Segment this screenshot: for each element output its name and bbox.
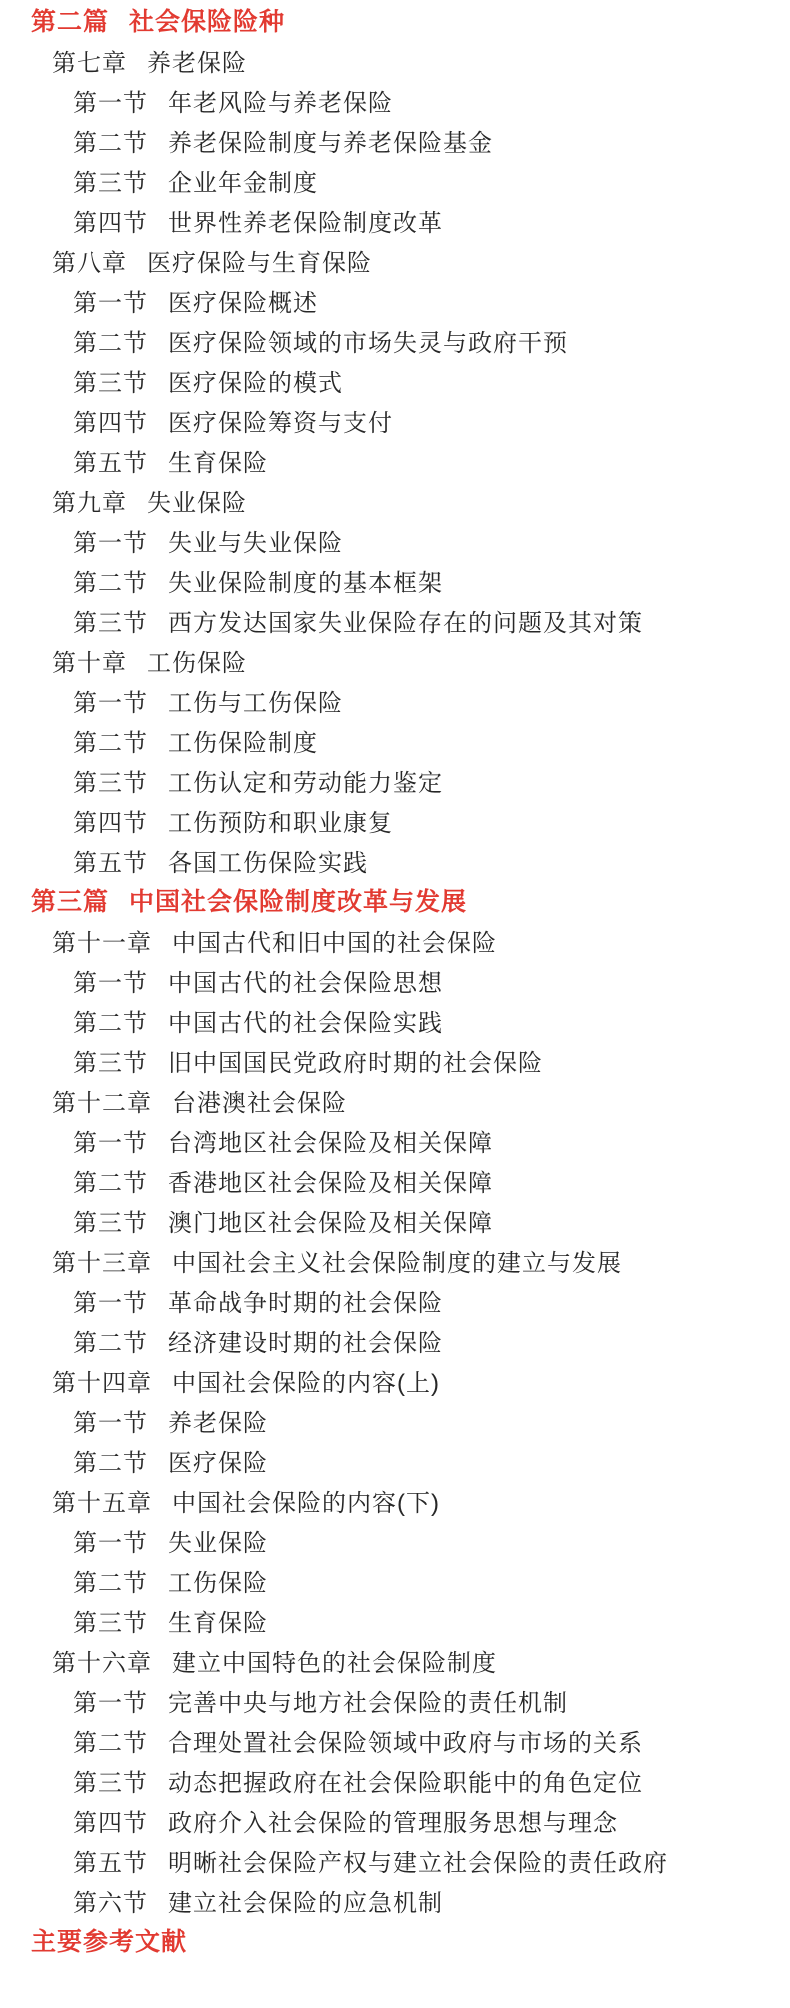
toc-item: 第十章 工伤保险 — [0, 640, 790, 680]
toc-item-title: 医疗保险筹资与支付 — [168, 403, 393, 438]
toc-item-title: 各国工伤保险实践 — [168, 843, 368, 878]
toc-item-title: 中国社会保险制度改革与发展 — [129, 882, 467, 918]
toc-item-label: 第十三章 — [52, 1243, 152, 1278]
toc-item: 第十六章 建立中国特色的社会保险制度 — [0, 1640, 790, 1680]
toc-item-label: 第三节 — [73, 1603, 148, 1638]
toc-item-title: 完善中央与地方社会保险的责任机制 — [168, 1683, 568, 1718]
toc-item-label: 第五节 — [73, 843, 148, 878]
toc-item: 第十一章 中国古代和旧中国的社会保险 — [0, 920, 790, 960]
toc-item-label: 第一节 — [73, 683, 148, 718]
toc-item-label: 第七章 — [52, 43, 127, 78]
toc-item-label: 第二节 — [73, 1563, 148, 1598]
toc-item-title: 工伤与工伤保险 — [168, 683, 343, 718]
toc-item-label: 第五节 — [73, 1843, 148, 1878]
toc-item-title: 世界性养老保险制度改革 — [168, 203, 443, 238]
toc-item: 第二节 养老保险制度与养老保险基金 — [0, 120, 790, 160]
toc-item-title: 医疗保险领域的市场失灵与政府干预 — [168, 323, 568, 358]
toc-item-title: 生育保险 — [168, 1603, 268, 1638]
toc-item-label: 第八章 — [52, 243, 127, 278]
toc-item-label: 第十五章 — [52, 1483, 152, 1518]
toc-item-title: 养老保险 — [168, 1403, 268, 1438]
toc-item-title: 工伤保险 — [168, 1563, 268, 1598]
toc-item-title: 工伤保险制度 — [168, 723, 318, 758]
toc-item: 第五节 生育保险 — [0, 440, 790, 480]
toc-item: 第二节 医疗保险 — [0, 1440, 790, 1480]
toc-item-label: 第四节 — [73, 1803, 148, 1838]
toc-item: 第一节 革命战争时期的社会保险 — [0, 1280, 790, 1320]
toc-item-label: 第一节 — [73, 283, 148, 318]
toc-item: 第十三章 中国社会主义社会保险制度的建立与发展 — [0, 1240, 790, 1280]
toc-item-label: 第二节 — [73, 563, 148, 598]
toc-item: 第四节 工伤预防和职业康复 — [0, 800, 790, 840]
toc-item-label: 第十六章 — [52, 1643, 152, 1678]
toc-item-label: 第二节 — [73, 723, 148, 758]
toc-item: 第二节 香港地区社会保险及相关保障 — [0, 1160, 790, 1200]
toc-item: 第三篇 中国社会保险制度改革与发展 — [0, 880, 790, 920]
toc-item: 第五节 各国工伤保险实践 — [0, 840, 790, 880]
toc-item-title: 医疗保险概述 — [168, 283, 318, 318]
toc-item: 第六节 建立社会保险的应急机制 — [0, 1880, 790, 1920]
toc-item-label: 第二节 — [73, 1323, 148, 1358]
toc-item: 第一节 中国古代的社会保险思想 — [0, 960, 790, 1000]
toc-item-label: 第二篇 — [31, 2, 109, 38]
toc-item-title: 工伤预防和职业康复 — [168, 803, 393, 838]
toc-item-label: 第三节 — [73, 1203, 148, 1238]
toc-item: 第十五章 中国社会保险的内容(下) — [0, 1480, 790, 1520]
toc-item-label: 主要参考文献 — [31, 1922, 187, 1958]
toc-item-label: 第十一章 — [52, 923, 152, 958]
toc-item-title: 革命战争时期的社会保险 — [168, 1283, 443, 1318]
toc-item: 第四节 政府介入社会保险的管理服务思想与理念 — [0, 1800, 790, 1840]
toc-item: 第一节 年老风险与养老保险 — [0, 80, 790, 120]
toc-item-label: 第一节 — [73, 1403, 148, 1438]
toc-item-label: 第一节 — [73, 1123, 148, 1158]
toc-item-title: 澳门地区社会保险及相关保障 — [168, 1203, 493, 1238]
toc-item-title: 中国古代的社会保险思想 — [168, 963, 443, 998]
toc-item-title: 医疗保险 — [168, 1443, 268, 1478]
toc-item-label: 第一节 — [73, 83, 148, 118]
toc-item: 第三节 澳门地区社会保险及相关保障 — [0, 1200, 790, 1240]
toc-item: 第三节 医疗保险的模式 — [0, 360, 790, 400]
toc-item-label: 第四节 — [73, 203, 148, 238]
toc-item-label: 第三节 — [73, 603, 148, 638]
toc-item-title: 建立社会保险的应急机制 — [168, 1883, 443, 1918]
toc-item-title: 香港地区社会保险及相关保障 — [168, 1163, 493, 1198]
toc-item-label: 第六节 — [73, 1883, 148, 1918]
toc-item-label: 第三节 — [73, 163, 148, 198]
toc-item-title: 合理处置社会保险领域中政府与市场的关系 — [168, 1723, 643, 1758]
toc-item-title: 失业保险 — [168, 1523, 268, 1558]
toc-item-label: 第一节 — [73, 1683, 148, 1718]
toc-item-label: 第二节 — [73, 323, 148, 358]
toc-item-title: 工伤认定和劳动能力鉴定 — [168, 763, 443, 798]
toc-item-title: 年老风险与养老保险 — [168, 83, 393, 118]
toc-item: 第二篇 社会保险险种 — [0, 0, 790, 40]
toc-item: 第二节 工伤保险 — [0, 1560, 790, 1600]
toc-item-title: 失业与失业保险 — [168, 523, 343, 558]
toc-item-title: 中国社会主义社会保险制度的建立与发展 — [172, 1243, 622, 1278]
toc-item-label: 第四节 — [73, 803, 148, 838]
toc-item: 第三节 工伤认定和劳动能力鉴定 — [0, 760, 790, 800]
toc-item-title: 动态把握政府在社会保险职能中的角色定位 — [168, 1763, 643, 1798]
toc-item: 第一节 台湾地区社会保险及相关保障 — [0, 1120, 790, 1160]
table-of-contents: 第二篇 社会保险险种 第七章 养老保险 第一节 年老风险与养老保险 第二节 养老… — [0, 0, 790, 2008]
toc-item-label: 第五节 — [73, 443, 148, 478]
toc-item-title: 生育保险 — [168, 443, 268, 478]
toc-item-label: 第一节 — [73, 963, 148, 998]
toc-item-label: 第十二章 — [52, 1083, 152, 1118]
toc-item-title: 养老保险制度与养老保险基金 — [168, 123, 493, 158]
toc-item-label: 第三节 — [73, 1763, 148, 1798]
toc-item: 第二节 工伤保险制度 — [0, 720, 790, 760]
toc-item: 主要参考文献 — [0, 1920, 790, 1960]
toc-item-label: 第十章 — [52, 643, 127, 678]
toc-item-title: 明晰社会保险产权与建立社会保险的责任政府 — [168, 1843, 668, 1878]
toc-item: 第三节 企业年金制度 — [0, 160, 790, 200]
toc-item-title: 医疗保险与生育保险 — [147, 243, 372, 278]
toc-item-title: 失业保险 — [147, 483, 247, 518]
toc-item-title: 台湾地区社会保险及相关保障 — [168, 1123, 493, 1158]
toc-item: 第九章 失业保险 — [0, 480, 790, 520]
toc-item-title: 养老保险 — [147, 43, 247, 78]
toc-item: 第二节 中国古代的社会保险实践 — [0, 1000, 790, 1040]
toc-item-label: 第十四章 — [52, 1363, 152, 1398]
toc-item: 第五节 明晰社会保险产权与建立社会保险的责任政府 — [0, 1840, 790, 1880]
toc-item-label: 第一节 — [73, 523, 148, 558]
toc-item-title: 建立中国特色的社会保险制度 — [172, 1643, 497, 1678]
toc-item-title: 工伤保险 — [147, 643, 247, 678]
toc-item: 第一节 完善中央与地方社会保险的责任机制 — [0, 1680, 790, 1720]
toc-item-title: 失业保险制度的基本框架 — [168, 563, 443, 598]
toc-item: 第十二章 台港澳社会保险 — [0, 1080, 790, 1120]
toc-item-label: 第三节 — [73, 363, 148, 398]
toc-item-label: 第三篇 — [31, 882, 109, 918]
toc-item-title: 政府介入社会保险的管理服务思想与理念 — [168, 1803, 618, 1838]
toc-item-title: 西方发达国家失业保险存在的问题及其对策 — [168, 603, 643, 638]
toc-item-title: 中国社会保险的内容(下) — [172, 1483, 440, 1518]
toc-item-title: 中国古代和旧中国的社会保险 — [172, 923, 497, 958]
toc-item: 第二节 经济建设时期的社会保险 — [0, 1320, 790, 1360]
toc-item-title: 社会保险险种 — [129, 2, 285, 38]
toc-item: 第一节 失业保险 — [0, 1520, 790, 1560]
toc-item-label: 第二节 — [73, 123, 148, 158]
toc-item: 第一节 医疗保险概述 — [0, 280, 790, 320]
toc-item-title: 中国古代的社会保险实践 — [168, 1003, 443, 1038]
toc-item: 第七章 养老保险 — [0, 40, 790, 80]
toc-item-label: 第一节 — [73, 1523, 148, 1558]
toc-item-label: 第二节 — [73, 1163, 148, 1198]
toc-item: 第三节 西方发达国家失业保险存在的问题及其对策 — [0, 600, 790, 640]
toc-item: 第一节 工伤与工伤保险 — [0, 680, 790, 720]
toc-item: 第四节 医疗保险筹资与支付 — [0, 400, 790, 440]
toc-item: 第三节 旧中国国民党政府时期的社会保险 — [0, 1040, 790, 1080]
toc-item-title: 医疗保险的模式 — [168, 363, 343, 398]
toc-item-label: 第二节 — [73, 1003, 148, 1038]
toc-item: 第四节 世界性养老保险制度改革 — [0, 200, 790, 240]
toc-item: 第二节 合理处置社会保险领域中政府与市场的关系 — [0, 1720, 790, 1760]
toc-item-title: 旧中国国民党政府时期的社会保险 — [168, 1043, 543, 1078]
toc-item-title: 中国社会保险的内容(上) — [172, 1363, 440, 1398]
toc-item-title: 企业年金制度 — [168, 163, 318, 198]
toc-item-label: 第一节 — [73, 1283, 148, 1318]
toc-item: 第三节 动态把握政府在社会保险职能中的角色定位 — [0, 1760, 790, 1800]
toc-item-title: 经济建设时期的社会保险 — [168, 1323, 443, 1358]
toc-item: 第十四章 中国社会保险的内容(上) — [0, 1360, 790, 1400]
toc-item: 第一节 失业与失业保险 — [0, 520, 790, 560]
toc-item: 第二节 失业保险制度的基本框架 — [0, 560, 790, 600]
toc-item-label: 第九章 — [52, 483, 127, 518]
toc-item-label: 第三节 — [73, 763, 148, 798]
toc-item-label: 第三节 — [73, 1043, 148, 1078]
toc-item: 第三节 生育保险 — [0, 1600, 790, 1640]
toc-item-label: 第二节 — [73, 1723, 148, 1758]
toc-item: 第一节 养老保险 — [0, 1400, 790, 1440]
toc-item-label: 第二节 — [73, 1443, 148, 1478]
toc-item-title: 台港澳社会保险 — [172, 1083, 347, 1118]
toc-item: 第二节 医疗保险领域的市场失灵与政府干预 — [0, 320, 790, 360]
toc-item-label: 第四节 — [73, 403, 148, 438]
toc-item: 第八章 医疗保险与生育保险 — [0, 240, 790, 280]
